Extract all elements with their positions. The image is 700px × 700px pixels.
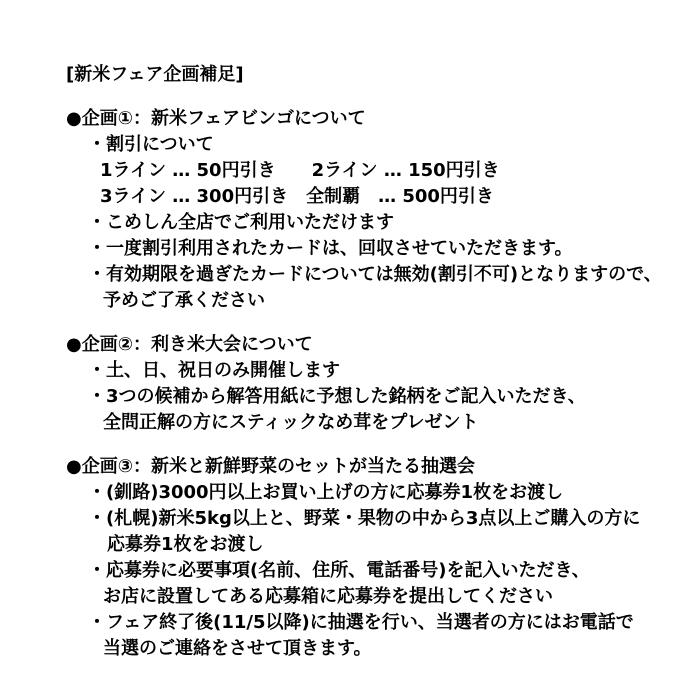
plan1-line-expired-card-note-cont: 予めご了承ください	[66, 288, 646, 314]
plan2-line-prize: 全問正解の方にスティックなめ茸をプレゼント	[66, 410, 646, 436]
plan1-heading: ●企画①：新米フェアビンゴについて	[66, 106, 646, 132]
plan3-line-winner-contact: 当選のご連絡をさせて頂きます。	[66, 636, 646, 662]
plan3-line-lottery-after-fair: ・フェア終了後(11/5以降)に抽選を行い、当選者の方にはお電話で	[66, 610, 646, 636]
plan1-line-usable-all-stores: ・こめしん全店でご利用いただけます	[66, 210, 646, 236]
plan3-line-kushiro-condition: ・(釧路)3000円以上お買い上げの方に応募券1枚をお渡し	[66, 480, 646, 506]
plan2-line-guess-entry: ・3つの候補から解答用紙に予想した銘柄をご記入いただき、	[66, 384, 646, 410]
plan3-heading: ●企画③：新米と新鮮野菜のセットが当たる抽選会	[66, 454, 646, 480]
section-plan1-bingo: ●企画①：新米フェアビンゴについて ・割引について 1ライン … 50円引き 2…	[66, 106, 646, 314]
plan1-line-expired-card-note: ・有効期限を過ぎたカードについては無効(割引不可)となりますので、	[66, 262, 646, 288]
doc-title: [新米フェア企画補足]	[66, 62, 646, 88]
section-plan2-kikimai: ●企画②：利き米大会について ・土、日、祝日のみ開催します ・3つの候補から解答…	[66, 332, 646, 436]
plan3-line-sapporo-condition-cont: 応募券1枚をお渡し	[66, 532, 646, 558]
plan1-line-discount-1line-2line: 1ライン … 50円引き 2ライン … 150円引き	[66, 158, 646, 184]
plan1-line-discount-about: ・割引について	[66, 132, 646, 158]
plan2-heading: ●企画②：利き米大会について	[66, 332, 646, 358]
plan3-line-entry-form-fields: ・応募券に必要事項(名前、住所、電話番号)を記入いただき、	[66, 558, 646, 584]
plan1-line-card-collection-note: ・一度割引利用されたカードは、回収させていただきます。	[66, 236, 646, 262]
plan1-line-discount-3line-all: 3ライン … 300円引き 全制覇 … 500円引き	[66, 184, 646, 210]
section-plan3-lottery: ●企画③：新米と新鮮野菜のセットが当たる抽選会 ・(釧路)3000円以上お買い上…	[66, 454, 646, 662]
document: [新米フェア企画補足] ●企画①：新米フェアビンゴについて ・割引について 1ラ…	[66, 62, 646, 662]
plan3-line-sapporo-condition: ・(札幌)新米5kg以上と、野菜・果物の中から3点以上ご購入の方に	[66, 506, 646, 532]
plan3-line-entry-box-submit: お店に設置してある応募箱に応募券を提出してください	[66, 584, 646, 610]
plan2-line-held-weekends: ・土、日、祝日のみ開催します	[66, 358, 646, 384]
page-canvas: [新米フェア企画補足] ●企画①：新米フェアビンゴについて ・割引について 1ラ…	[0, 0, 700, 700]
